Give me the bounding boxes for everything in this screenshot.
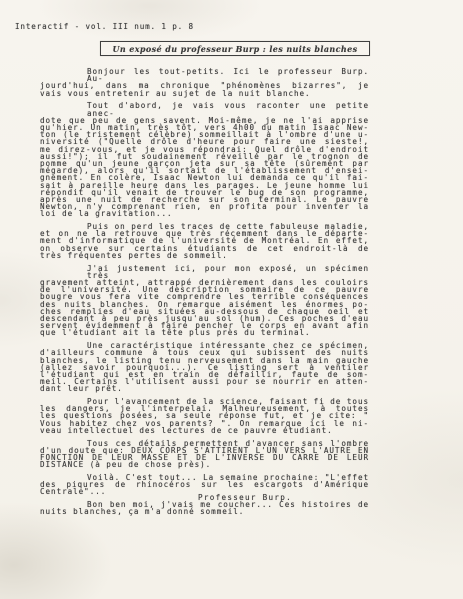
text-line: Tout d'abord, je vais vous raconter une … (40, 102, 369, 116)
text-line: dant leur prêt. (40, 385, 369, 392)
scanned-page: Interactif - vol. III num. 1 p. 8 Un exp… (0, 0, 463, 599)
paragraph: Une caractéristique intéressante chez ce… (40, 342, 369, 392)
paragraph: Tous ces détails permettent d'avancer sa… (40, 440, 369, 469)
text-line: très fréquentes pertes de sommeil. (40, 252, 369, 259)
paragraph: Pour l'avancement de la science, faisant… (40, 398, 369, 434)
paragraph: Bonjour les tout-petits. Ici le professe… (40, 68, 369, 97)
text-line: veau intellectuel des lectures de ce pau… (40, 427, 369, 434)
title-box: Un exposé du professeur Burp : les nuits… (100, 41, 370, 56)
text-line: loi de la gravitation... (40, 210, 369, 217)
page-header: Interactif - vol. III num. 1 p. 8 (15, 22, 194, 31)
text-line: nuits blanches, ça m'a donné sommeil. (40, 508, 369, 515)
paragraph: J'ai justement ici, pour mon exposé, un … (40, 265, 369, 337)
text-line: que l'étudiant ait la tête plus près du … (40, 329, 369, 336)
paragraph: Tout d'abord, je vais vous raconter une … (40, 102, 369, 217)
paragraph: Bon ben moi, j'vais me coucher... Ces hi… (40, 501, 369, 515)
paragraph: Puis on perd les traces de cette fabuleu… (40, 223, 369, 259)
text-line: DISTANCE (à peu de chose près). (40, 461, 369, 468)
article-body: Bonjour les tout-petits. Ici le professe… (40, 68, 369, 515)
text-line: J'ai justement ici, pour mon exposé, un … (40, 265, 369, 279)
text-line: Bonjour les tout-petits. Ici le professe… (40, 68, 369, 82)
text-line: vais vous entretenir au sujet de la nuit… (40, 90, 369, 97)
signature: Professeur Burp. (198, 493, 292, 502)
article-title: Un exposé du professeur Burp : les nuits… (112, 44, 357, 54)
